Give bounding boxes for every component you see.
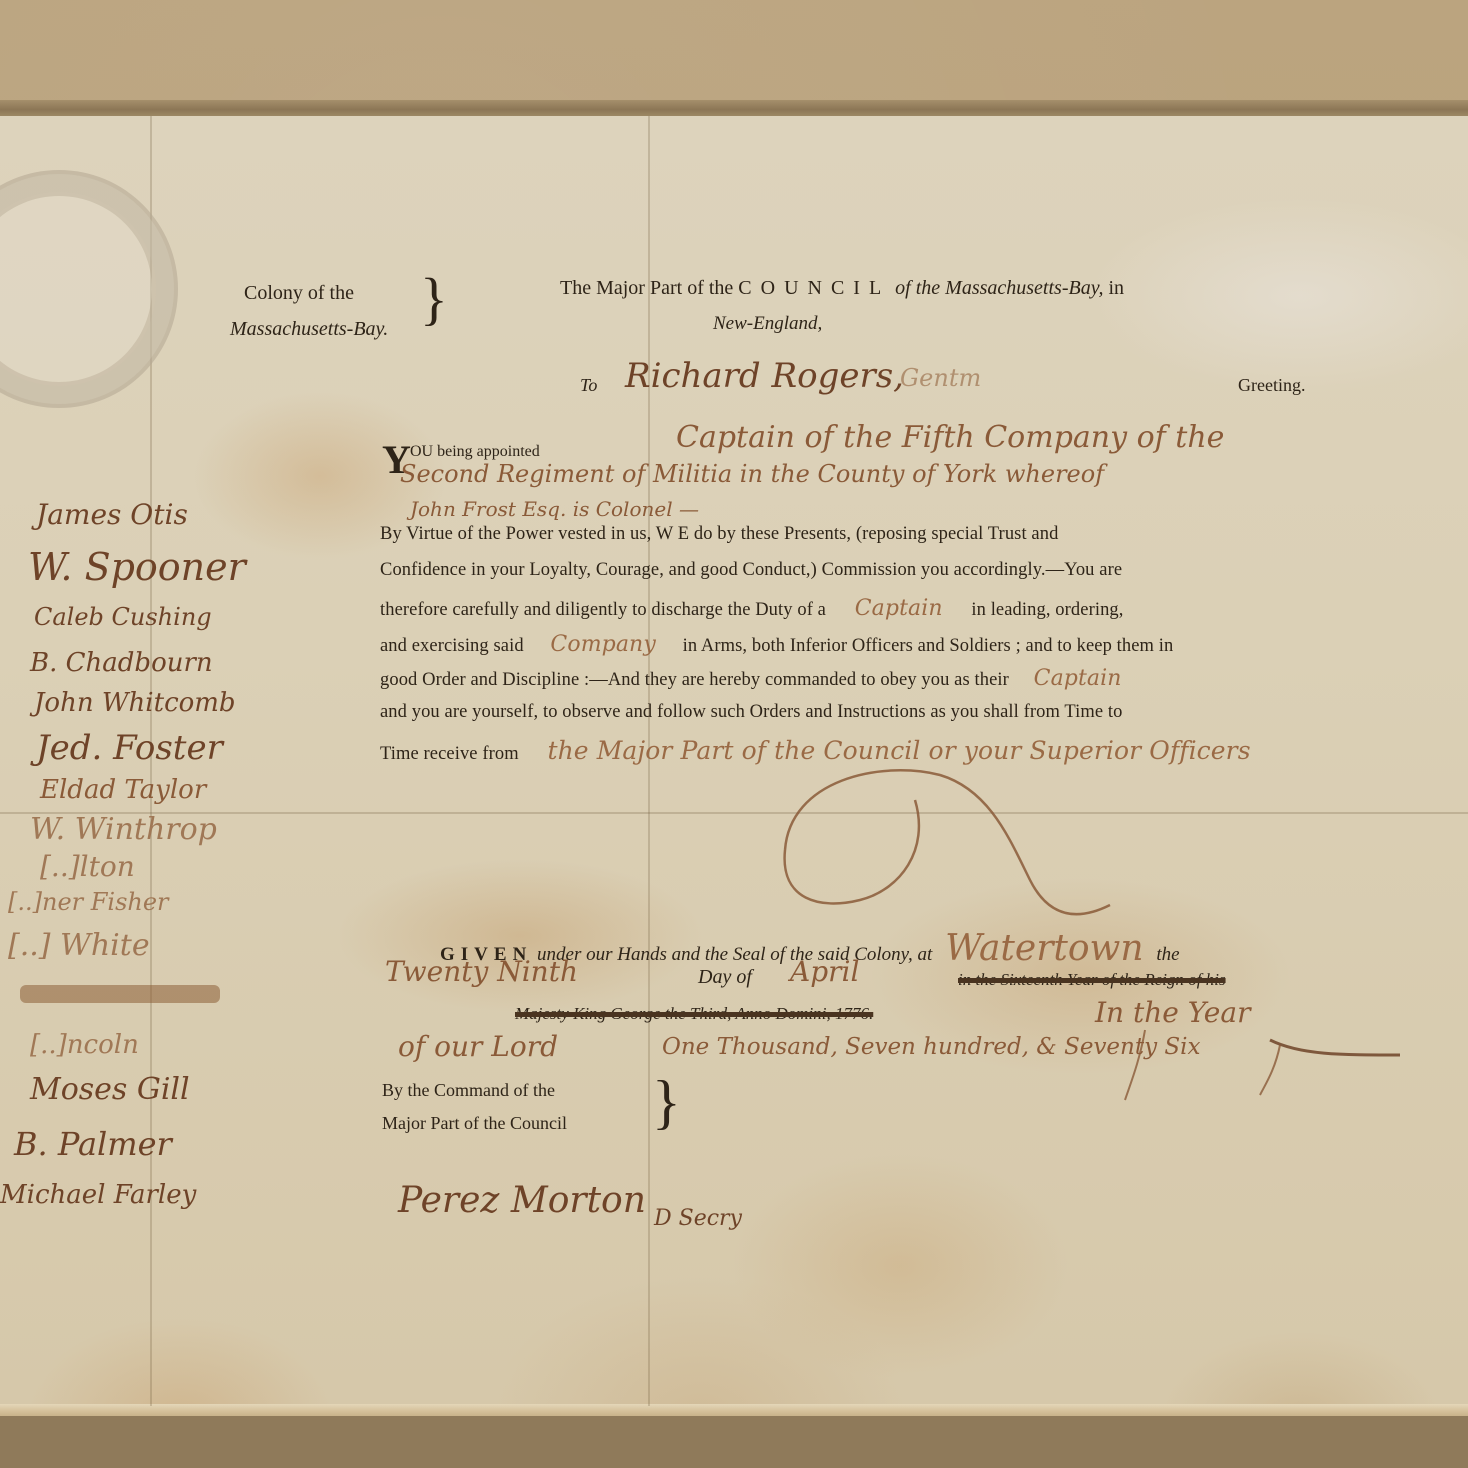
council-signature: W. Winthrop [30,812,217,847]
council-signature: Jed. Foster [36,728,223,768]
secretary-signature: Perez Morton [398,1180,646,1221]
council-signature: B. Chadbourn [30,648,213,678]
command-line-1: By the Command of the [382,1080,555,1101]
council-signature: Caleb Cushing [34,603,212,631]
struck-out-signature [20,985,220,1003]
council-signature: John Whitcomb [34,688,236,718]
council-signature: B. Palmer [14,1125,172,1163]
given-the: the [1156,944,1179,965]
council-signature: [..]ncoln [30,1030,139,1060]
struck-regnal-line-2: Majesty King George the Third, Anno Domi… [515,1004,873,1024]
secretary-role: D Secry [654,1206,742,1231]
given-place: Watertown [945,928,1143,969]
struck-regnal-line-1: in the Sixteenth Year of the Reign of hi… [958,970,1226,990]
council-signature: W. Spooner [28,545,246,589]
council-signature: James Otis [36,498,188,531]
year-intro-handwritten: In the Year [1095,996,1250,1029]
council-signature: Moses Gill [30,1072,190,1107]
council-signature: Michael Farley [0,1180,196,1210]
council-signature: [..]ner Fisher [8,888,169,916]
council-signature: [..] White [8,928,150,963]
curly-brace-icon: } [652,1072,681,1132]
council-signature: Eldad Taylor [40,775,206,805]
month-handwritten: April [790,955,859,988]
year-handwritten: One Thousand, Seven hundred, & Seventy S… [662,1034,1201,1060]
day-of-label: Day of [698,966,752,989]
council-signature: [..]lton [40,850,135,883]
day-handwritten: Twenty Ninth [385,955,578,988]
given-rest: under our Hands and the Seal of the said… [537,944,932,965]
command-line-2: Major Part of the Council [382,1113,567,1134]
of-our-lord-handwritten: of our Lord [398,1030,558,1063]
